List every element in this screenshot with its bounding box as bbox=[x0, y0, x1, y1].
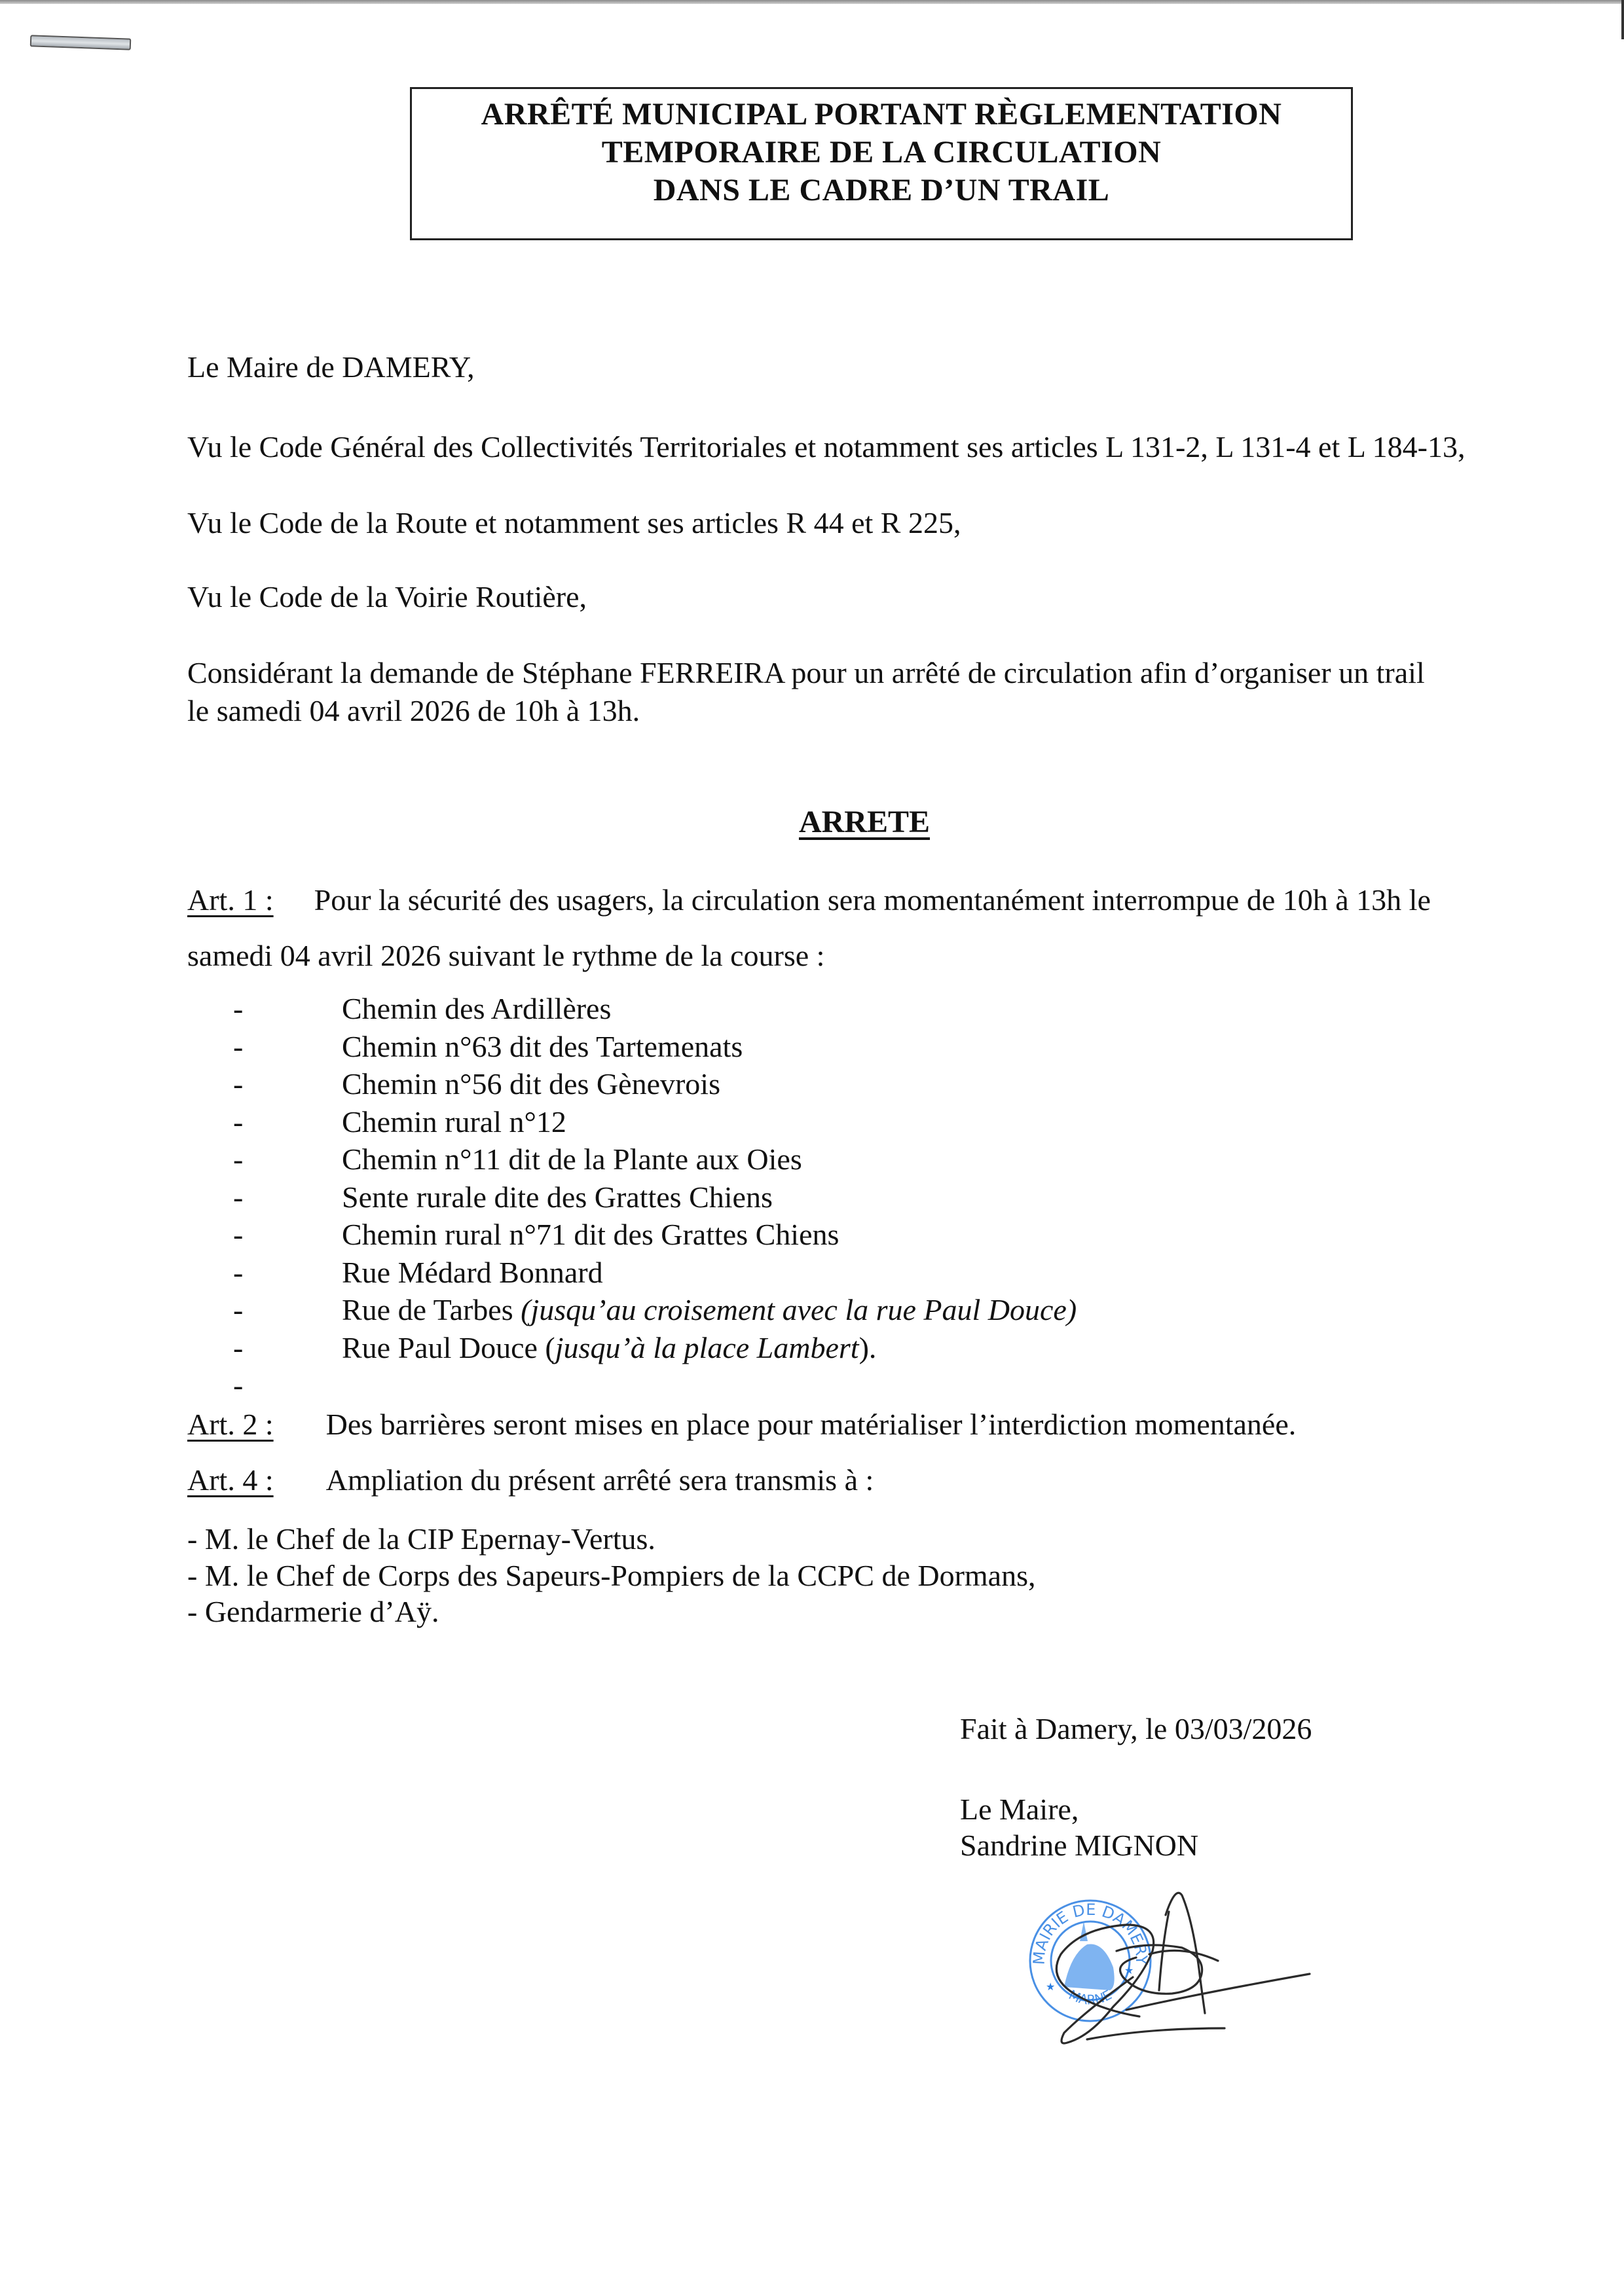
street-name: Chemin n°11 dit de la Plante aux Oies bbox=[342, 1140, 802, 1178]
title-line-1: ARRÊTÉ MUNICIPAL PORTANT RÈGLEMENTATION bbox=[412, 96, 1351, 134]
article-1-text: Pour la sécurité des usagers, la circula… bbox=[314, 883, 1431, 917]
street-name: Chemin n°56 dit des Gènevrois bbox=[342, 1065, 720, 1102]
vu-cgct: Vu le Code Général des Collectivités Ter… bbox=[187, 428, 1465, 466]
article-4: Art. 4 :Ampliation du présent arrêté ser… bbox=[187, 1461, 874, 1499]
street-name-text: Chemin rural n°71 dit des Grattes Chiens bbox=[342, 1218, 839, 1251]
street-name-text: Chemin n°11 dit de la Plante aux Oies bbox=[342, 1142, 802, 1176]
signatory-name: Sandrine MIGNON bbox=[960, 1827, 1198, 1865]
list-dash: - bbox=[233, 1028, 243, 1065]
considerant-line-1: Considérant la demande de Stéphane FERRE… bbox=[187, 654, 1425, 692]
street-name-text: Chemin n°56 dit des Gènevrois bbox=[342, 1067, 720, 1101]
title-line-3: DANS LE CADRE D’UN TRAIL bbox=[412, 172, 1351, 210]
article-1-text-2: samedi 04 avril 2026 suivant le rythme d… bbox=[187, 937, 824, 975]
list-dash: - bbox=[233, 1216, 243, 1253]
recipient-1: - M. le Chef de la CIP Epernay-Vertus. bbox=[187, 1520, 655, 1558]
list-dash: - bbox=[233, 1366, 243, 1404]
street-name-text: Rue Médard Bonnard bbox=[342, 1256, 603, 1289]
street-suffix: ). bbox=[859, 1331, 877, 1364]
article-2: Art. 2 :Des barrières seront mises en pl… bbox=[187, 1406, 1296, 1444]
recipient-3: - Gendarmerie d’Aÿ. bbox=[187, 1593, 439, 1631]
signatory-role: Le Maire, bbox=[960, 1791, 1079, 1829]
article-1-label: Art. 1 : bbox=[187, 883, 274, 917]
street-note: (jusqu’au croisement avec la rue Paul Do… bbox=[521, 1293, 1077, 1326]
street-name: Rue de Tarbes (jusqu’au croisement avec … bbox=[342, 1291, 1077, 1328]
street-note: jusqu’à la place Lambert bbox=[555, 1331, 859, 1364]
street-name-text: Chemin rural n°12 bbox=[342, 1105, 566, 1139]
scan-edge bbox=[0, 0, 1624, 4]
street-name: Sente rurale dite des Grattes Chiens bbox=[342, 1178, 773, 1216]
list-dash: - bbox=[233, 990, 243, 1027]
list-dash: - bbox=[233, 1329, 243, 1366]
considerant-line-2: le samedi 04 avril 2026 de 10h à 13h. bbox=[187, 692, 640, 730]
street-name: Chemin n°63 dit des Tartemenats bbox=[342, 1028, 743, 1065]
article-1: Art. 1 :Pour la sécurité des usagers, la… bbox=[187, 881, 1431, 919]
recipient-2: - M. le Chef de Corps des Sapeurs-Pompie… bbox=[187, 1557, 1036, 1595]
street-name-text: Rue Paul Douce ( bbox=[342, 1331, 555, 1364]
vu-voirie: Vu le Code de la Voirie Routière, bbox=[187, 578, 587, 616]
street-name: Chemin rural n°71 dit des Grattes Chiens bbox=[342, 1216, 839, 1253]
list-dash: - bbox=[233, 1291, 243, 1328]
street-name-text: Chemin n°63 dit des Tartemenats bbox=[342, 1030, 743, 1063]
title-box: ARRÊTÉ MUNICIPAL PORTANT RÈGLEMENTATION … bbox=[410, 87, 1353, 240]
list-dash: - bbox=[233, 1140, 243, 1178]
article-4-text: Ampliation du présent arrêté sera transm… bbox=[326, 1463, 874, 1497]
street-name-text: Rue de Tarbes bbox=[342, 1293, 521, 1326]
scan-edge-right bbox=[1621, 0, 1624, 39]
list-dash: - bbox=[233, 1254, 243, 1291]
place-date: Fait à Damery, le 03/03/2026 bbox=[960, 1710, 1312, 1748]
article-2-text: Des barrières seront mises en place pour… bbox=[326, 1408, 1297, 1441]
street-name-text: Chemin des Ardillères bbox=[342, 992, 611, 1025]
arrete-heading: ARRETE bbox=[0, 804, 1624, 840]
article-2-label: Art. 2 : bbox=[187, 1408, 274, 1441]
vu-code-route: Vu le Code de la Route et notamment ses … bbox=[187, 504, 961, 542]
article-4-label: Art. 4 : bbox=[187, 1463, 274, 1497]
title-line-2: TEMPORAIRE DE LA CIRCULATION bbox=[412, 134, 1351, 172]
mayor-signature bbox=[1035, 1879, 1316, 2049]
staple-mark bbox=[30, 35, 132, 50]
street-name-text: Sente rurale dite des Grattes Chiens bbox=[342, 1180, 773, 1214]
list-dash: - bbox=[233, 1103, 243, 1140]
street-name: Chemin des Ardillères bbox=[342, 990, 611, 1027]
street-name: Chemin rural n°12 bbox=[342, 1103, 566, 1140]
list-dash: - bbox=[233, 1178, 243, 1216]
street-name: Rue Médard Bonnard bbox=[342, 1254, 603, 1291]
list-dash: - bbox=[233, 1065, 243, 1102]
street-name: Rue Paul Douce (jusqu’à la place Lambert… bbox=[342, 1329, 876, 1366]
mayor-line: Le Maire de DAMERY, bbox=[187, 348, 475, 386]
